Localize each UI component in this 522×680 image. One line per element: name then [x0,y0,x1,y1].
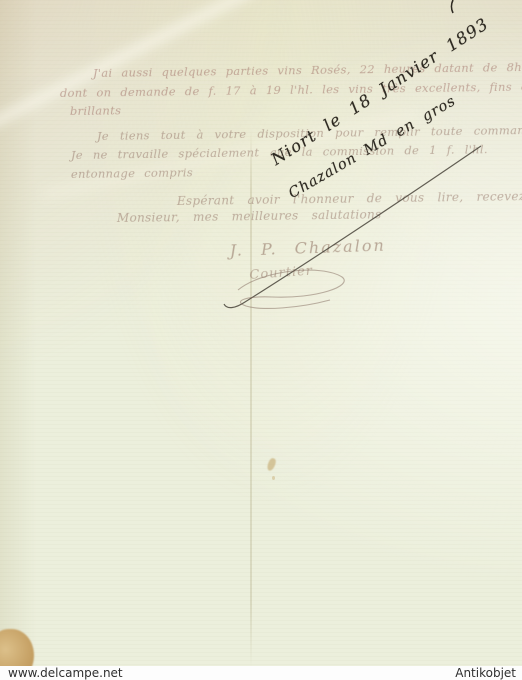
letter-line-7: Espérant avoir l'honneur de vous lire, r… [177,189,522,208]
bottom-left-paper-blob [0,629,34,669]
watermark-strip: www.delcampe.net Antikobjet [0,666,522,680]
top-edge-pen-tick [452,0,454,13]
antikobjet-watermark: Antikobjet [455,666,516,680]
diagonal-pen-slash [224,146,481,308]
letter-line-6: entonnage compris [71,165,193,181]
scanned-letter: J'ai aussi quelques parties vins Rosés, … [0,0,522,680]
delcampe-watermark: www.delcampe.net [8,666,123,680]
paper-stain-speck [266,457,277,472]
letter-paper: J'ai aussi quelques parties vins Rosés, … [0,0,522,669]
letter-line-3: brillants [70,103,122,118]
letter-line-1: J'ai aussi quelques parties vins Rosés, … [93,59,522,80]
letter-line-8: Monsieur, mes meilleures salutations [117,207,382,225]
paper-stain-speck-small [272,476,275,480]
signature: J. P. Chazalon [229,236,386,260]
signature-role: Courtier [249,264,314,283]
